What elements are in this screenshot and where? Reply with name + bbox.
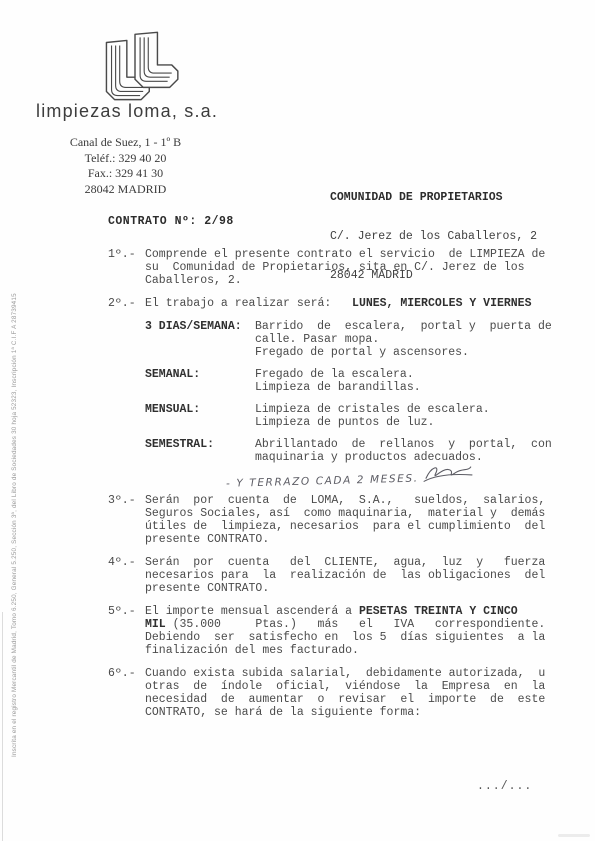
schedule-line: Abrillantado de rellanos y portal, con [255,438,573,451]
schedule-row: SEMANAL:Fregado de la escalera.Limpieza … [145,368,573,394]
clause-plain-text: otras de índole oficial, viéndose la Emp… [145,680,545,693]
address-line-fax: Fax.: 329 41 30 [38,166,213,182]
clause-number: 5º.- [108,605,145,657]
schedule-label: MENSUAL: [145,403,255,429]
clause-line: otras de índole oficial, viéndose la Emp… [145,680,573,693]
clause-bold-text: PESETAS TREINTA Y CINCO [359,605,518,618]
schedule-line: Limpieza de cristales de escalera. [255,403,573,416]
schedule-row: 3 DIAS/SEMANA:Barrido de escalera, porta… [145,320,573,359]
clause-line: Debiendo ser satisfecho en los 5 días si… [145,631,573,644]
schedule-line: calle. Pasar mopa. [255,333,573,346]
clause-line: El trabajo a realizar será: LUNES, MIERC… [145,297,573,310]
signature-scribble [421,460,474,485]
scan-edge-artifact [2,612,3,841]
schedule-line: Fregado de portal y ascensores. [255,346,573,359]
handwritten-note: - Y TERRAZO CADA 2 MESES. [226,465,573,492]
schedule-line: Barrido de escalera, portal y puerta de [255,320,573,333]
clause-text: Serán por cuenta del CLIENTE, agua, luz … [145,556,573,595]
contract-clause: 1º.-Comprende el presente contrato el se… [108,248,573,287]
company-name: limpiezas loma, s.a. [36,101,218,122]
clause-plain-text: Serán por cuenta del CLIENTE, agua, luz … [145,556,545,569]
continuation-mark: .../... [477,780,532,793]
company-logo-icon [84,28,186,108]
contract-number-title: CONTRATO Nº: 2/98 [108,215,234,228]
clause-bold-text: LUNES, MIERCOLES Y VIERNES [352,297,531,310]
company-address: Canal de Suez, 1 - 1º B Teléf.: 329 40 2… [38,135,213,197]
schedule-line: maquinaria y productos adecuados. [255,451,573,464]
address-line-city: 28042 MADRID [38,182,213,198]
clause-line: CONTRATO, se hará de la siguiente forma: [145,706,573,719]
clause-plain-text: (35.000 Ptas.) más el IVA correspondient… [166,618,546,631]
clause-text: Serán por cuenta de LOMA, S.A., sueldos,… [145,494,573,546]
handwritten-note-text: - Y TERRAZO CADA 2 MESES. [226,472,419,489]
clause-plain-text: El importe mensual ascenderá a [145,605,359,618]
clause-plain-text: su Comunidad de Propietarios, sita en C/… [145,261,525,274]
clause-plain-text: Cuando exista subida salarial, debidamen… [145,667,545,680]
clause-plain-text: necesidad de aumentar o revisar el impor… [145,693,545,706]
address-line-street: Canal de Suez, 1 - 1º B [38,135,213,151]
clause-plain-text: El trabajo a realizar será: [145,297,352,310]
clause-plain-text: finalización del mes facturado. [145,644,359,657]
contract-clause: 5º.-El importe mensual ascenderá a PESET… [108,605,573,657]
contract-clause: 4º.-Serán por cuenta del CLIENTE, agua, … [108,556,573,595]
scanned-contract-page: limpiezas loma, s.a. Canal de Suez, 1 - … [0,0,595,841]
clause-line: presente CONTRATO. [145,582,573,595]
clause-plain-text: Comprende el presente contrato el servic… [145,248,545,261]
clause-line: Cuando exista subida salarial, debidamen… [145,667,573,680]
schedule-row: SEMESTRAL:Abrillantado de rellanos y por… [145,438,573,464]
clause-line: finalización del mes facturado. [145,644,573,657]
schedule-label: SEMANAL: [145,368,255,394]
clause-plain-text: presente CONTRATO. [145,533,269,546]
clause-plain-text: presente CONTRATO. [145,582,269,595]
schedule-label: 3 DIAS/SEMANA: [145,320,255,359]
schedule-line: Limpieza de barandillas. [255,381,573,394]
schedule-line: Fregado de la escalera. [255,368,573,381]
schedule-text: Fregado de la escalera.Limpieza de baran… [255,368,573,394]
clause-text: Cuando exista subida salarial, debidamen… [145,667,573,719]
clause-plain-text: CONTRATO, se hará de la siguiente forma: [145,706,421,719]
recipient-street: C/. Jerez de los Caballeros, 2 [330,230,537,243]
clause-text: Comprende el presente contrato el servic… [145,248,573,287]
clause-bold-text: MIL [145,618,166,631]
clause-number: 6º.- [108,667,145,719]
contract-body: 1º.-Comprende el presente contrato el se… [108,248,573,729]
clause-line: necesarios para la realización de las ob… [145,569,573,582]
clause-line: su Comunidad de Propietarios, sita en C/… [145,261,573,274]
contract-clause: 6º.-Cuando exista subida salarial, debid… [108,667,573,719]
clause-plain-text: útiles de limpieza, necesarios para el c… [145,520,545,533]
schedule-label: SEMESTRAL: [145,438,255,464]
clause-line: Serán por cuenta del CLIENTE, agua, luz … [145,556,573,569]
registry-margin-note: Inscrita en el registro Mercantil de Mad… [11,293,18,757]
clause-number: 4º.- [108,556,145,595]
contract-clause: 3º.-Serán por cuenta de LOMA, S.A., suel… [108,494,573,546]
clause-line: útiles de limpieza, necesarios para el c… [145,520,573,533]
clause-text: El trabajo a realizar será: LUNES, MIERC… [145,297,573,310]
address-line-phone: Teléf.: 329 40 20 [38,151,213,167]
clause-line: necesidad de aumentar o revisar el impor… [145,693,573,706]
scan-smudge-artifact [558,834,590,837]
clause-plain-text: Debiendo ser satisfecho en los 5 días si… [145,631,545,644]
clause-plain-text: necesarios para la realización de las ob… [145,569,545,582]
clause-line: El importe mensual ascenderá a PESETAS T… [145,605,573,618]
clause-plain-text: Seguros Sociales, así como maquinaria, m… [145,507,545,520]
clause-line: Serán por cuenta de LOMA, S.A., sueldos,… [145,494,573,507]
clause-text: El importe mensual ascenderá a PESETAS T… [145,605,573,657]
clause-number: 1º.- [108,248,145,287]
clause-number: 2º.- [108,297,145,310]
clause-number: 3º.- [108,494,145,546]
clause-line: Caballeros, 2. [145,274,573,287]
contract-clause: 2º.-El trabajo a realizar será: LUNES, M… [108,297,573,310]
schedule-text: Limpieza de cristales de escalera.Limpie… [255,403,573,429]
clause-line: Seguros Sociales, así como maquinaria, m… [145,507,573,520]
clause-plain-text: Serán por cuenta de LOMA, S.A., sueldos,… [145,494,545,507]
schedule-text: Abrillantado de rellanos y portal, conma… [255,438,573,464]
clause-line: presente CONTRATO. [145,533,573,546]
schedule-row: MENSUAL:Limpieza de cristales de escaler… [145,403,573,429]
schedule-line: Limpieza de puntos de luz. [255,416,573,429]
schedule-text: Barrido de escalera, portal y puerta dec… [255,320,573,359]
clause-line: Comprende el presente contrato el servic… [145,248,573,261]
clause-plain-text: Caballeros, 2. [145,274,242,287]
recipient-name: COMUNIDAD DE PROPIETARIOS [330,191,537,204]
clause-line: MIL (35.000 Ptas.) más el IVA correspond… [145,618,573,631]
